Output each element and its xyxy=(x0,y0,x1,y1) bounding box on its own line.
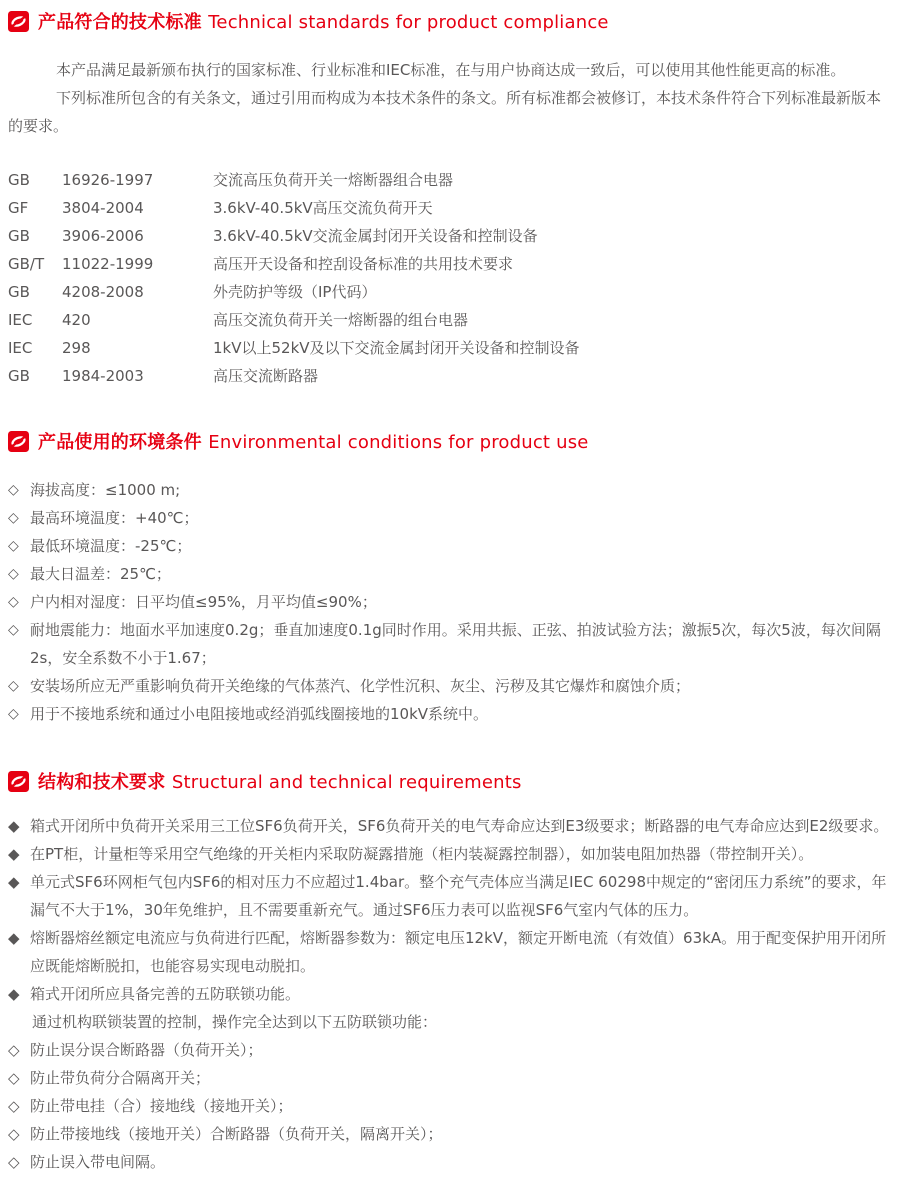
list-item-text: 海拔高度：≤1000 m; xyxy=(30,476,890,504)
hollow-diamond-icon: ◇ xyxy=(8,1036,30,1064)
list-item: ◇ 防止带接地线（接地开关）合断路器（负荷开关，隔离开关）； xyxy=(8,1120,890,1148)
standard-number: 11022-1999 xyxy=(62,250,213,278)
list-item-text: 最高环境温度：+40℃； xyxy=(30,504,890,532)
hollow-diamond-icon: ◇ xyxy=(8,1120,30,1148)
list-item: ◇ 海拔高度：≤1000 m; xyxy=(8,476,890,504)
standard-desc: 交流高压负荷开关一熔断器组合电器 xyxy=(213,166,890,194)
list-item-text: 防止带电挂（合）接地线（接地开关）； xyxy=(30,1092,890,1120)
solid-diamond-icon: ◆ xyxy=(8,812,30,840)
hollow-diamond-icon: ◇ xyxy=(8,700,30,728)
list-item: ◇ 耐地震能力：地面水平加速度0.2g；垂直加速度0.1g同时作用。采用共振、正… xyxy=(8,616,890,672)
table-row: IEC 298 1kV以上52kV及以下交流金属封闭开关设备和控制设备 xyxy=(8,334,890,362)
standard-number: 16926-1997 xyxy=(62,166,213,194)
list-item: ◆ 熔断器熔丝额定电流应与负荷进行匹配，熔断器参数为：额定电压12kV，额定开断… xyxy=(8,924,890,980)
table-row: GB 16926-1997 交流高压负荷开关一熔断器组合电器 xyxy=(8,166,890,194)
interlock-intro: 通过机构联锁装置的控制，操作完全达到以下五防联锁功能： xyxy=(8,1008,890,1036)
intro-paragraph: 本产品满足最新颁布执行的国家标准、行业标准和IEC标准，在与用户协商达成一致后，… xyxy=(8,56,890,84)
list-item-text: 防止误分误合断路器（负荷开关）； xyxy=(30,1036,890,1064)
hollow-diamond-icon: ◇ xyxy=(8,1064,30,1092)
standards-intro: 本产品满足最新颁布执行的国家标准、行业标准和IEC标准，在与用户协商达成一致后，… xyxy=(8,56,890,140)
standard-desc: 3.6kV-40.5kV交流金属封闭开关设备和控制设备 xyxy=(213,222,890,250)
solid-diamond-icon: ◆ xyxy=(8,840,30,868)
hollow-diamond-icon: ◇ xyxy=(8,1092,30,1120)
standards-table: GB 16926-1997 交流高压负荷开关一熔断器组合电器 GF 3804-2… xyxy=(8,166,890,390)
list-item-text: 防止带负荷分合隔离开关； xyxy=(30,1064,890,1092)
intro-paragraph: 下列标准所包含的有关条文，通过引用而构成为本技术条件的条文。所有标准都会被修订，… xyxy=(8,84,890,140)
list-item: ◇ 户内相对湿度：日平均值≤95%，月平均值≤90%； xyxy=(8,588,890,616)
standard-number: 4208-2008 xyxy=(62,278,213,306)
hollow-diamond-icon: ◇ xyxy=(8,1148,30,1176)
requirements-list: ◆ 箱式开闭所中负荷开关采用三工位SF6负荷开关，SF6负荷开关的电气寿命应达到… xyxy=(8,812,890,1176)
list-item: ◆ 箱式开闭所中负荷开关采用三工位SF6负荷开关，SF6负荷开关的电气寿命应达到… xyxy=(8,812,890,840)
list-item-text: 箱式开闭所中负荷开关采用三工位SF6负荷开关，SF6负荷开关的电气寿命应达到E3… xyxy=(30,812,890,840)
list-item-text: 防止误入带电间隔。 xyxy=(30,1148,890,1176)
list-item: ◇ 最高环境温度：+40℃； xyxy=(8,504,890,532)
list-item: ◇ 最低环境温度：-25℃； xyxy=(8,532,890,560)
list-item-text: 在PT柜，计量柜等采用空气绝缘的开关柜内采取防凝露措施（柜内装凝露控制器），如加… xyxy=(30,840,890,868)
section-environment: 产品使用的环境条件 Environmental conditions for p… xyxy=(8,428,890,728)
table-row: GB/T 11022-1999 高压开天设备和控刮设备标准的共用技术要求 xyxy=(8,250,890,278)
swoosh-logo-icon xyxy=(8,771,29,792)
table-row: GB 4208-2008 外壳防护等级（IP代码） xyxy=(8,278,890,306)
list-item-text: 最大日温差：25℃； xyxy=(30,560,890,588)
swoosh-logo-icon xyxy=(8,11,29,32)
section-environment-header: 产品使用的环境条件 Environmental conditions for p… xyxy=(8,428,890,454)
standard-number: 420 xyxy=(62,306,213,334)
section-structural: 结构和技术要求 Structural and technical require… xyxy=(8,768,890,1176)
hollow-diamond-icon: ◇ xyxy=(8,672,30,700)
standard-code: GB xyxy=(8,222,62,250)
table-row: GF 3804-2004 3.6kV-40.5kV高压交流负荷开天 xyxy=(8,194,890,222)
list-item: ◇ 防止带负荷分合隔离开关； xyxy=(8,1064,890,1092)
list-item-text: 耐地震能力：地面水平加速度0.2g；垂直加速度0.1g同时作用。采用共振、正弦、… xyxy=(30,616,890,672)
standard-code: GF xyxy=(8,194,62,222)
section-standards: 产品符合的技术标准 Technical standards for produc… xyxy=(8,8,890,390)
standard-number: 298 xyxy=(62,334,213,362)
section-title: 产品符合的技术标准 Technical standards for produc… xyxy=(38,8,609,34)
list-item-text: 单元式SF6环网柜气包内SF6的相对压力不应超过1.4bar。整个充气壳体应当满… xyxy=(30,868,890,924)
solid-diamond-icon: ◆ xyxy=(8,868,30,896)
section-title-zh: 产品符合的技术标准 xyxy=(38,12,202,33)
table-row: GB 3906-2006 3.6kV-40.5kV交流金属封闭开关设备和控制设备 xyxy=(8,222,890,250)
list-item: ◆ 在PT柜，计量柜等采用空气绝缘的开关柜内采取防凝露措施（柜内装凝露控制器），… xyxy=(8,840,890,868)
list-item: ◇ 防止误分误合断路器（负荷开关）； xyxy=(8,1036,890,1064)
standard-desc: 高压交流负荷开关一熔断器的组台电器 xyxy=(213,306,890,334)
hollow-diamond-icon: ◇ xyxy=(8,560,30,588)
section-title-en: Environmental conditions for product use xyxy=(208,432,588,453)
list-item: ◇ 防止带电挂（合）接地线（接地开关）； xyxy=(8,1092,890,1120)
hollow-diamond-icon: ◇ xyxy=(8,588,30,616)
standard-desc: 外壳防护等级（IP代码） xyxy=(213,278,890,306)
list-item: ◆ 单元式SF6环网柜气包内SF6的相对压力不应超过1.4bar。整个充气壳体应… xyxy=(8,868,890,924)
list-item: ◇ 安装场所应无严重影响负荷开关绝缘的气体蒸汽、化学性沉积、灰尘、污秽及其它爆炸… xyxy=(8,672,890,700)
list-item-text: 防止带接地线（接地开关）合断路器（负荷开关，隔离开关）； xyxy=(30,1120,890,1148)
list-item: ◇ 最大日温差：25℃； xyxy=(8,560,890,588)
list-item-text: 安装场所应无严重影响负荷开关绝缘的气体蒸汽、化学性沉积、灰尘、污秽及其它爆炸和腐… xyxy=(30,672,890,700)
section-title-en: Structural and technical requirements xyxy=(172,772,522,793)
environment-list: ◇ 海拔高度：≤1000 m; ◇ 最高环境温度：+40℃； ◇ 最低环境温度：… xyxy=(8,476,890,728)
list-item-text: 用于不接地系统和通过小电阻接地或经消弧线圈接地的10kV系统中。 xyxy=(30,700,890,728)
list-item: ◇ 用于不接地系统和通过小电阻接地或经消弧线圈接地的10kV系统中。 xyxy=(8,700,890,728)
list-item: ◆ 箱式开闭所应具备完善的五防联锁功能。 xyxy=(8,980,890,1008)
solid-diamond-icon: ◆ xyxy=(8,924,30,952)
standard-number: 1984-2003 xyxy=(62,362,213,390)
standard-code: GB xyxy=(8,166,62,194)
solid-diamond-icon: ◆ xyxy=(8,980,30,1008)
section-title-zh: 产品使用的环境条件 xyxy=(38,432,202,453)
section-structural-header: 结构和技术要求 Structural and technical require… xyxy=(8,768,890,794)
section-title-zh: 结构和技术要求 xyxy=(38,772,165,793)
standard-code: IEC xyxy=(8,306,62,334)
standard-code: GB xyxy=(8,278,62,306)
hollow-diamond-icon: ◇ xyxy=(8,476,30,504)
list-item: ◇ 防止误入带电间隔。 xyxy=(8,1148,890,1176)
standard-code: GB/T xyxy=(8,250,62,278)
list-item-text: 箱式开闭所应具备完善的五防联锁功能。 xyxy=(30,980,890,1008)
section-title: 结构和技术要求 Structural and technical require… xyxy=(38,768,522,794)
list-item-text: 熔断器熔丝额定电流应与负荷进行匹配，熔断器参数为：额定电压12kV，额定开断电流… xyxy=(30,924,890,980)
standard-number: 3804-2004 xyxy=(62,194,213,222)
hollow-diamond-icon: ◇ xyxy=(8,532,30,560)
swoosh-logo-icon xyxy=(8,431,29,452)
list-item-text: 户内相对湿度：日平均值≤95%，月平均值≤90%； xyxy=(30,588,890,616)
table-row: IEC 420 高压交流负荷开关一熔断器的组台电器 xyxy=(8,306,890,334)
standard-desc: 高压交流断路器 xyxy=(213,362,890,390)
standard-code: GB xyxy=(8,362,62,390)
section-standards-header: 产品符合的技术标准 Technical standards for produc… xyxy=(8,8,890,34)
standard-desc: 高压开天设备和控刮设备标准的共用技术要求 xyxy=(213,250,890,278)
section-title: 产品使用的环境条件 Environmental conditions for p… xyxy=(38,428,589,454)
standard-desc: 1kV以上52kV及以下交流金属封闭开关设备和控制设备 xyxy=(213,334,890,362)
document-page: 产品符合的技术标准 Technical standards for produc… xyxy=(0,0,900,1182)
section-title-en: Technical standards for product complian… xyxy=(208,12,608,33)
standard-desc: 3.6kV-40.5kV高压交流负荷开天 xyxy=(213,194,890,222)
standard-number: 3906-2006 xyxy=(62,222,213,250)
list-item-text: 最低环境温度：-25℃； xyxy=(30,532,890,560)
table-row: GB 1984-2003 高压交流断路器 xyxy=(8,362,890,390)
hollow-diamond-icon: ◇ xyxy=(8,616,30,644)
standard-code: IEC xyxy=(8,334,62,362)
hollow-diamond-icon: ◇ xyxy=(8,504,30,532)
